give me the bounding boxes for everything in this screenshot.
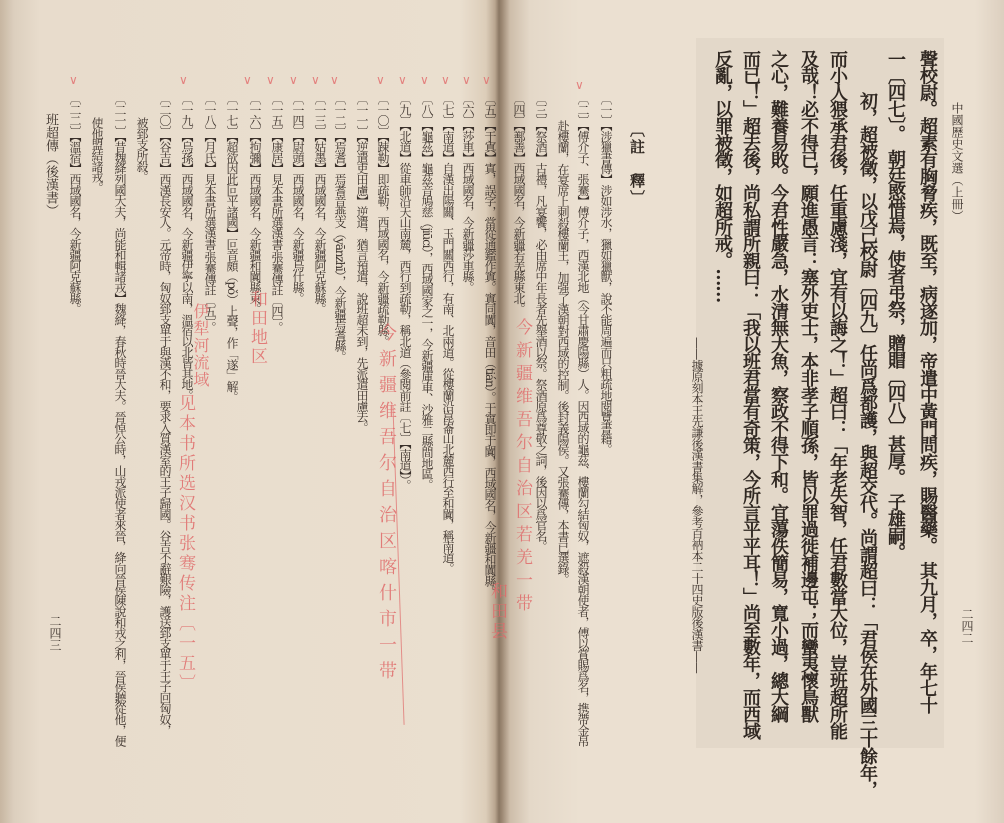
handwritten-note-zhangqian-ref: 见本书所选汉书张骞传注〔一五〕 <box>176 394 194 694</box>
running-title: 班超傳（後漢書） <box>43 113 57 217</box>
main-text-column: 一〔四七〕。 朝廷愍惜焉，使者弔祭，贈賵〔四八〕甚厚。 子雄嗣。 <box>885 50 905 561</box>
note-4: 〔四〕【鄯善】西域國名，今新疆若羌縣東北。 <box>512 93 526 314</box>
check-mark-icon: ∨ <box>441 74 450 86</box>
handwritten-note-hetian-area: 和田地区 <box>248 290 266 366</box>
note-7: 〔七〕【南道】自漢出陽關、玉門關西行，有南、北兩道。從樓蘭沿崑崙山北麓西行至和闐… <box>441 93 455 573</box>
note-22: 〔二二〕【溫宿】西域國名，今新疆阿克蘇縣。 <box>68 93 82 314</box>
check-mark-icon: ∨ <box>69 74 78 86</box>
note-20: 〔二〇〕【谷吉】西漢長安人。元帝時，匈奴郅支單于與漢不和，要求入質漢室的王子歸國… <box>158 93 172 735</box>
main-text-column: 而已！」超去後，尚私謂所親曰：「我以班君當有奇策，今所言平平耳！」尚至數年，而西… <box>740 50 760 739</box>
main-text-column: 之心，難養易敗。今君性嚴急，水清無大魚，察政不得下和。宜蕩佚簡易，寬小過，總大綱 <box>768 50 788 722</box>
check-mark-icon: ∨ <box>289 74 298 86</box>
main-text-column: 初，超被徵，以戊己校尉〔四九〕任尚爲都護，與超交代。尚謂超曰：「君侯在外國三十餘… <box>857 92 877 798</box>
note-17: 〔一七〕【超欲因此叵平諸國】叵音頗（pǒ）上聲，作「遂」解。 <box>225 93 239 402</box>
check-mark-icon: ∨ <box>266 74 275 86</box>
book-spread: 〔五〕【于寘】寘，誤字，當從通鑑作窴。窴同闐，音田（tián）。于窴即于闐，西域… <box>0 0 1004 823</box>
check-mark-icon: ∨ <box>179 74 188 86</box>
handwritten-note-ruoqiang: 今新疆维吾尔自治区若羌一带 <box>512 318 531 617</box>
text-block-shading <box>696 38 944 748</box>
check-mark-icon: ∨ <box>311 74 320 86</box>
note-21: 〔二一〕【昔魏絳列國大夫，尚能和輯諸戎】魏絳，春秋時晉大夫。晉悼公時，山戎派使者… <box>113 93 127 746</box>
check-mark-icon: ∨ <box>376 74 385 86</box>
page-number-right: 二四二 <box>960 608 974 644</box>
page-number-left: 二四三 <box>48 615 62 651</box>
check-mark-icon: ∨ <box>482 74 491 86</box>
check-mark-icon: ∨ <box>398 74 407 86</box>
main-text-column: 聲校尉。超素有胸脅疾，既至，病遂加，帝遣中黃門問疾，賜醫藥。 其九月，卒，年七十 <box>917 50 937 713</box>
note-18: 〔一八〕【月氏】見本書所選漢書·張騫傳註〔五〕。 <box>203 93 217 332</box>
note-12: 〔一二〕【焉耆】焉耆音燕支（yānzhī），今新疆焉耆縣。 <box>333 93 347 362</box>
note-2: 〔二〕【傅介子、張騫】傅介子，西漢北地（今甘肅慶陽縣）人。因西域的龜茲、樓蘭勾結… <box>576 93 590 746</box>
note-20-continued: 被郅支所殺。 <box>135 117 149 182</box>
check-mark-icon: ∨ <box>575 79 584 91</box>
note-14: 〔一四〕【尉頭】西域國名，今新疆烏什縣。 <box>291 93 305 303</box>
right-page: 中國歷史文選（上冊） 二四二 聲校尉。超素有胸脅疾，既至，病遂加，帝遣中黃門問疾… <box>501 0 1004 823</box>
running-header: 中國歷史文選（上冊） <box>950 102 964 222</box>
note-6: 〔六〕【莎車】西域國名，今新疆莎車縣。 <box>461 93 475 292</box>
note-10: 〔一〇〕【踈勒】即疏勒，西域國名，今新疆疏勒縣。 <box>376 93 390 346</box>
notes-heading: 〔註 釋〕 <box>629 122 645 207</box>
check-mark-icon: ∨ <box>330 74 339 86</box>
main-text-column: 而小人猥承君後，任重慮淺，宜有以誨之！」超曰：「年老失智，任君數當大位，豈班超所… <box>827 50 847 739</box>
note-11: 〔一一〕【逆遣吏田慮】逆遣，猶言預遣，說班超未到，先派遣田慮去。 <box>355 93 369 433</box>
note-5: 〔五〕【于寘】寘，誤字，當從通鑑作窴。窴同闐，音田（tián）。于窴即于闐，西域… <box>483 93 497 597</box>
check-mark-icon: ∨ <box>243 74 252 86</box>
note-21-continued: 使他盟結諸戎。 <box>90 117 104 193</box>
note-13: 〔一三〕【姑墨】西域國名，今新疆阿克蘇縣。 <box>313 93 327 314</box>
handwritten-note-ili: 伊犁河流域 <box>192 303 209 388</box>
note-1: 〔一〕【涉獵書傳】涉如涉水，獵如獵獸，說不能周遍而只粗疏地閱覽書籍。 <box>599 93 613 454</box>
note-8: 〔八〕【龜茲】龜茲音鳩慈（jiūcí），西域國家之一，今新疆庫車、沙雅二縣間地區… <box>420 93 434 490</box>
check-mark-icon: ∨ <box>462 74 471 86</box>
left-page: 〔五〕【于寘】寘，誤字，當從通鑑作窴。窴同闐，音田（tián）。于窴即于闐，西域… <box>0 0 498 823</box>
main-text-column: 及哉！必不得已，願進愚言：塞外吏士，本非孝子順孫，皆以罪過徙補邊屯；而蠻夷懷鳥獸 <box>798 50 818 722</box>
note-2-continued: 赴樓蘭，在宴席上刺殺樓蘭王，加强了漢朝對西域的控制。後封義陽侯。又張騫傳，本書已… <box>556 120 570 584</box>
note-15: 〔一五〕【康居】見本書所選漢書·張騫傳註〔四〕。 <box>270 93 284 332</box>
note-3: 〔三〕【祭酒】古禮，凡宴饗，必由席中年長者先舉酒以祭。祭酒原爲尊敬之詞，後因以爲… <box>534 93 548 551</box>
handwritten-note-kashgar: 今新疆维吾尔自治区喀什市一带 <box>376 323 396 687</box>
note-9: 〔九〕【北道】從車師沿天山南麓，西行到疏勒，稱北道（參閱前註〔七〕【南道】）。 <box>398 93 412 490</box>
source-attribution: ——據原刻本王先謙後漢書集解，參考百衲本二十四史版後漢書—— <box>690 337 704 673</box>
check-mark-icon: ∨ <box>420 74 429 86</box>
note-16: 〔一六〕【拘彌】西域國名，今新疆和闐縣東。 <box>248 93 262 314</box>
main-text-column: 反亂，以罪被徵，如超所戒。…… <box>712 50 732 302</box>
